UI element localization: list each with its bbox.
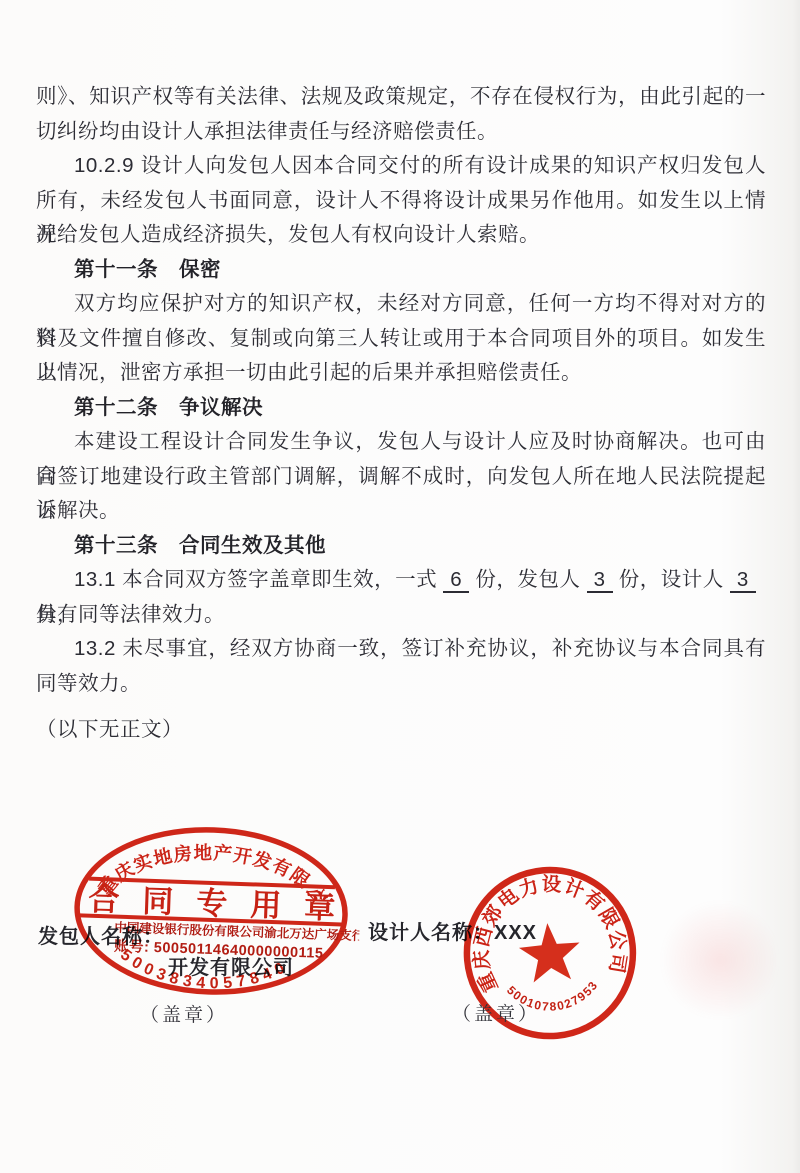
clause-13-2: 13.2 未尽事宜，经双方协商一致，签订补充协议，补充协议与本合同具有 [36,632,766,667]
doc-line: 具有同等法律效力。 [36,598,766,633]
doc-line: 上情况，泄密方承担一切由此引起的后果并承担赔偿责任。 [36,356,766,391]
doc-line: 则》、知识产权等有关法律、法规及政策规定，不存在侵权行为，由此引起的一 [36,80,766,115]
red-star-icon [517,921,583,984]
clause-10-2-9: 10.2.9 设计人向发包人因本合同交付的所有设计成果的知识产权归发包人 [36,149,766,184]
doc-line: 本建设工程设计合同发生争议，发包人与设计人应及时协商解决。也可由合 [36,425,766,460]
doc-line: 双方均应保护对方的知识产权，未经对方同意，任何一方均不得对对方的资 [36,287,766,322]
clause-13-1-text: 份，发包人 [475,568,580,591]
clause-13-1-text: 份，设计人 [619,568,724,591]
doc-line: 同签订地建设行政主管部门调解，调解不成时，向发包人所在地人民法院提起诉 [36,460,766,495]
doc-line: 料及文件擅自修改、复制或向第三人转让或用于本合同项目外的项目。如发生以 [36,322,766,357]
doc-line: 并给发包人造成经济损失，发包人有权向设计人索赔。 [36,218,766,253]
doc-line: 讼解决。 [36,494,766,529]
stamp-here-caption-left: （盖章） [140,1000,228,1027]
doc-line: 切纠纷均由设计人承担法律责任与经济赔偿责任。 [36,115,766,150]
ink-smudge [660,900,780,1020]
employer-contract-seal: 重庆实地房地产开发有限公司 合同专用章 中国建设银行股份有限公司渝北万达广场支行… [63,816,363,1010]
section-heading-13-effectiveness: 第十三条 合同生效及其他 [36,529,766,564]
stamp-here-caption-right: （盖章） [452,999,540,1026]
designer-copies-value: 3 [730,568,756,593]
contract-body: 则》、知识产权等有关法律、法规及政策规定，不存在侵权行为，由此引起的一 切纠纷均… [36,80,766,748]
clause-13-1: 13.1 本合同双方签字盖章即生效，一式 6 份，发包人 3 份，设计人 3 份… [36,563,766,598]
doc-line: 所有，未经发包人书面同意，设计人不得将设计成果另作他用。如发生以上情况 [36,184,766,219]
doc-line: 同等效力。 [36,667,766,702]
end-of-text-note: （以下无正文） [36,713,766,748]
scanned-contract-page: 则》、知识产权等有关法律、法规及政策规定，不存在侵权行为，由此引起的一 切纠纷均… [0,0,800,1173]
clause-13-1-text: 13.1 本合同双方签字盖章即生效，一式 [74,568,437,591]
section-heading-11-confidentiality: 第十一条 保密 [36,253,766,288]
copies-total-value: 6 [443,568,469,593]
section-heading-12-disputes: 第十二条 争议解决 [36,391,766,426]
employer-copies-value: 3 [587,568,613,593]
